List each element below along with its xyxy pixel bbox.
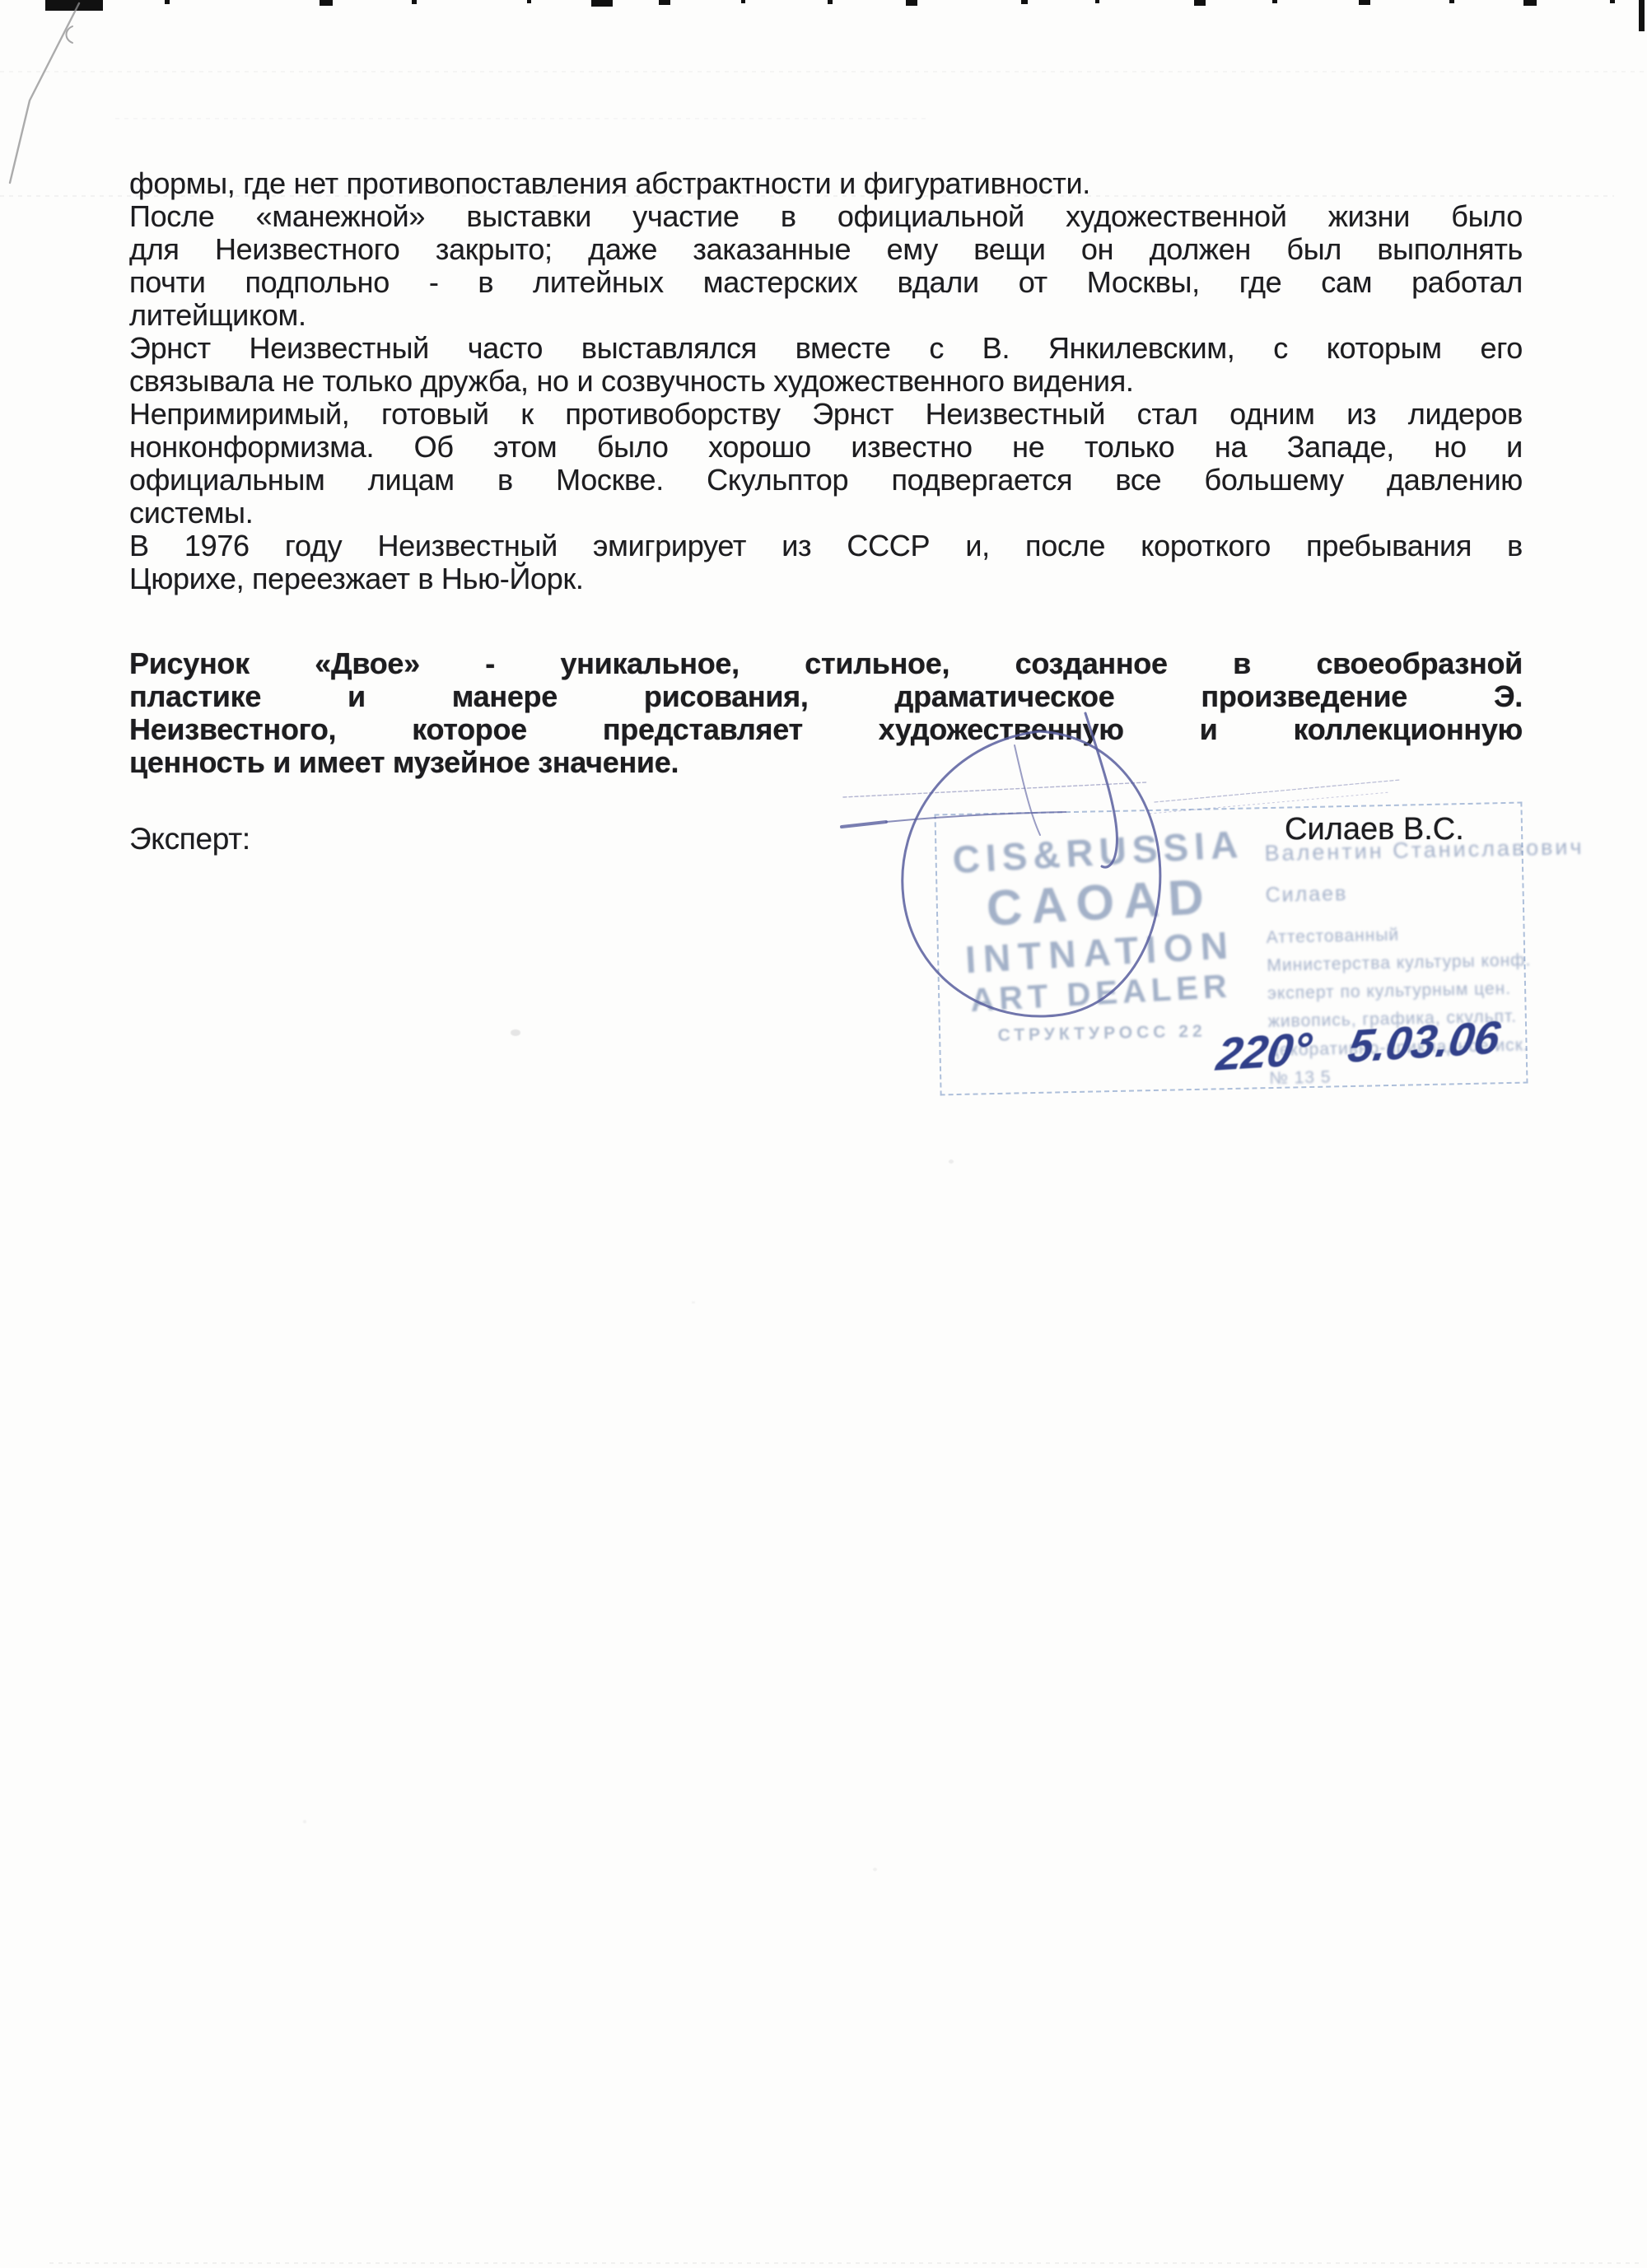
expert-signature-name: Силаев В.С. xyxy=(1285,812,1464,847)
paragraph: формы, где нет противопоставления абстра… xyxy=(129,167,1523,200)
body-line: Эрнст Неизвестный часто выставлялся вмес… xyxy=(129,332,1523,365)
expert-label: Эксперт: xyxy=(129,822,250,856)
scan-artifact xyxy=(511,1029,520,1036)
body-line: связывала не только дружба, но и созвучн… xyxy=(129,365,1523,398)
stamp-seal-footer: СТРУКТУРОСС 22 xyxy=(997,1021,1206,1045)
body-line: формы, где нет противопоставления абстра… xyxy=(129,167,1523,200)
body-line: Цюрихе, переезжает в Нью-Йорк. xyxy=(129,562,1523,595)
body-line: ценность и имеет музейное значение. xyxy=(129,746,1523,779)
scan-artifact xyxy=(49,2262,1639,2264)
scan-artifact xyxy=(303,1820,306,1823)
body-line: литейщиком. xyxy=(129,299,1523,332)
stamp-typed-line: Силаев xyxy=(1265,878,1584,908)
scanned-document-page: формы, где нет противопоставления абстра… xyxy=(0,0,1647,2268)
stamp-seal-text: CIS&RUSSIACAOADINTNATIONART DEALERСТРУКТ… xyxy=(953,828,1248,1085)
body-line: Непримиримый, готовый к противоборству Э… xyxy=(129,398,1523,431)
body-line: Неизвестного, которое представляет худож… xyxy=(129,713,1523,746)
paragraph: Непримиримый, готовый к противоборству Э… xyxy=(129,398,1523,530)
scan-artifact xyxy=(0,71,1647,72)
paragraph-bold: Рисунок «Двое» - уникальное, стильное, с… xyxy=(129,647,1523,779)
page-crease xyxy=(10,3,79,183)
stamp-typed-line: эксперт по культурным цен. xyxy=(1267,978,1587,1003)
handwritten-number: 220° xyxy=(1213,1022,1314,1081)
stamp-typed-line: Министерства культуры конф. xyxy=(1267,950,1586,975)
scan-artifact xyxy=(873,1868,877,1871)
body-line: пластике и манере рисования, драматическ… xyxy=(129,680,1523,713)
scan-artifact xyxy=(949,1160,954,1164)
handwritten-date: 5.03.06 xyxy=(1345,1010,1504,1073)
body-line: нонконформизма. Об этом было хорошо изве… xyxy=(129,431,1523,464)
body-line: Рисунок «Двое» - уникальное, стильное, с… xyxy=(129,647,1523,680)
body-line: для Неизвестного закрыто; даже заказанны… xyxy=(129,233,1523,266)
stamp-typed-line: Аттестованный xyxy=(1266,922,1585,947)
paragraph: После «манежной» выставки участие в офиц… xyxy=(129,200,1523,332)
body-line: почти подпольно - в литейных мастерских … xyxy=(129,266,1523,299)
body-line: После «манежной» выставки участие в офиц… xyxy=(129,200,1523,233)
body-line: системы. xyxy=(129,497,1523,530)
scan-artifact xyxy=(115,118,931,119)
paragraph: Эрнст Неизвестный часто выставлялся вмес… xyxy=(129,332,1523,398)
scan-artifact xyxy=(692,1301,695,1304)
body-line: В 1976 году Неизвестный эмигрирует из СС… xyxy=(129,530,1523,562)
paragraph: В 1976 году Неизвестный эмигрирует из СС… xyxy=(129,530,1523,595)
body-line: официальным лицам в Москве. Скульптор по… xyxy=(129,464,1523,497)
body-text: формы, где нет противопоставления абстра… xyxy=(129,167,1523,779)
